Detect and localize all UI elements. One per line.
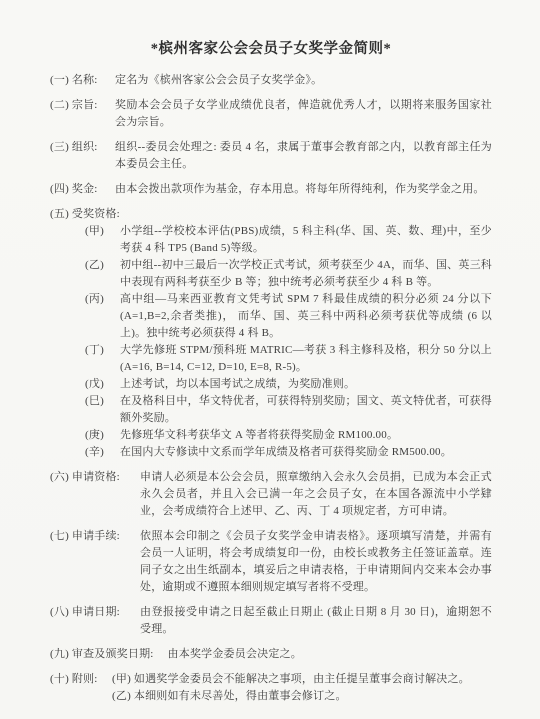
eligibility-item-g-content: 先修班华文科考获华文 A 等者将获得奖励金 RM100.00。 [120, 427, 492, 444]
section-organization-label: (三) 组织: [50, 139, 115, 156]
section-application-qualification-content: 申请人必须是本公会会员，照章缴纳入会永久会员捐，已成为本会正式永久会员者，并且入… [140, 469, 492, 520]
section-application-procedure: (七) 申请手续: 依照本会印制之《会员子女奖学金申请表格》。逐项填写清楚，并需… [50, 528, 492, 596]
section-appendix-content: (甲) 如遇奖学金委员会不能解决之事项，由主任提呈董事会商讨解决之。 (乙) 本… [112, 671, 492, 705]
eligibility-item-e-label: (戊) [85, 376, 120, 393]
eligibility-item-c: (丙) 高中组—马来西亚教育文凭考试 SPM 7 科最佳成绩的积分必须 24 分… [85, 291, 492, 342]
eligibility-item-f-content: 在及格科目中，华文特优者，可获得特别奖励；国文、英文特优者，可获得额外奖励。 [120, 393, 492, 427]
section-application-date-content: 由登报接受申请之日起至截止日期止 (截止日期 8 月 30 日)，逾期恕不受理。 [140, 604, 492, 638]
section-name: (一) 名称: 定名为《槟州客家公会会员子女奖学金》。 [50, 72, 492, 89]
eligibility-item-c-content: 高中组—马来西亚教育文凭考试 SPM 7 科最佳成绩的积分必须 24 分以下 (… [120, 291, 492, 342]
section-application-date-label: (八) 申请日期: [50, 604, 140, 621]
eligibility-item-f-label: (巳) [85, 393, 120, 410]
section-appendix: (十) 附则: (甲) 如遇奖学金委员会不能解决之事项，由主任提呈董事会商讨解决… [50, 671, 492, 705]
eligibility-item-f: (巳) 在及格科目中，华文特优者，可获得特别奖励；国文、英文特优者，可获得额外奖… [85, 393, 492, 427]
section-application-date: (八) 申请日期: 由登报接受申请之日起至截止日期止 (截止日期 8 月 30 … [50, 604, 492, 638]
eligibility-item-e: (戊) 上述考试，均以本国考试之成绩，为奖励准则。 [85, 376, 492, 393]
section-eligibility-items: (甲) 小学组--学校校本评估(PBS)成绩，5 科主科(华、国、英、数、理)中… [50, 223, 492, 461]
eligibility-item-d-label: (丁) [85, 342, 120, 359]
section-name-content: 定名为《槟州客家公会会员子女奖学金》。 [115, 72, 492, 89]
section-review-award-date-label: (九) 审查及颁奖日期: [50, 646, 168, 663]
section-application-qualification-label: (六) 申请资格: [50, 469, 140, 486]
section-purpose-content: 奖励本会会员子女学业成绩优良者，俾造就优秀人才，以期将来服务国家社会为宗旨。 [115, 97, 492, 131]
eligibility-item-g-label: (庚) [85, 427, 120, 444]
section-application-qualification: (六) 申请资格: 申请人必须是本公会会员，照章缴纳入会永久会员捐，已成为本会正… [50, 469, 492, 520]
eligibility-item-h-content: 在国内大专修读中文系而学年成绩及格者可获得奖励金 RM500.00。 [120, 444, 492, 461]
section-fund-label: (四) 奖金: [50, 181, 115, 198]
section-purpose: (二) 宗旨: 奖励本会会员子女学业成绩优良者，俾造就优秀人才，以期将来服务国家… [50, 97, 492, 131]
eligibility-item-h: (辛) 在国内大专修读中文系而学年成绩及格者可获得奖励金 RM500.00。 [85, 444, 492, 461]
section-organization: (三) 组织: 组织--委员会处理之: 委员 4 名，隶属于董事会教育部之内，以… [50, 139, 492, 173]
eligibility-item-a-content: 小学组--学校校本评估(PBS)成绩，5 科主科(华、国、英、数、理)中，至少考… [120, 223, 492, 257]
section-purpose-label: (二) 宗旨: [50, 97, 115, 114]
eligibility-item-a-label: (甲) [85, 223, 120, 240]
eligibility-item-a: (甲) 小学组--学校校本评估(PBS)成绩，5 科主科(华、国、英、数、理)中… [85, 223, 492, 257]
section-application-procedure-content: 依照本会印制之《会员子女奖学金申请表格》。逐项填写清楚，并需有会员一人证明，将会… [140, 528, 492, 596]
appendix-item-b: (乙) 本细则如有未尽善处，得由董事会修订之。 [112, 688, 492, 705]
section-name-label: (一) 名称: [50, 72, 115, 89]
eligibility-item-b-label: (乙) [85, 257, 120, 274]
section-fund-content: 由本会拨出款项作为基金，存本用息。将每年所得纯利，作为奖学金之用。 [115, 181, 492, 198]
document-page: *槟州客家公会会员子女奖学金简则* (一) 名称: 定名为《槟州客家公会会员子女… [0, 0, 540, 719]
appendix-item-a: (甲) 如遇奖学金委员会不能解决之事项，由主任提呈董事会商讨解决之。 [112, 671, 492, 688]
section-fund: (四) 奖金: 由本会拨出款项作为基金，存本用息。将每年所得纯利，作为奖学金之用… [50, 181, 492, 198]
eligibility-item-d: (丁) 大学先修班 STPM/预科班 MATRIC—考获 3 科主修科及格，积分… [85, 342, 492, 376]
eligibility-item-b: (乙) 初中组--初中三最后一次学校正式考试，须考获至少 4A，而华、国、英三科… [85, 257, 492, 291]
section-review-award-date: (九) 审查及颁奖日期: 由本奖学金委员会决定之。 [50, 646, 492, 663]
eligibility-item-h-label: (辛) [85, 444, 120, 461]
section-organization-content: 组织--委员会处理之: 委员 4 名，隶属于董事会教育部之内，以教育部主任为本委… [115, 139, 492, 173]
section-review-award-date-content: 由本奖学金委员会决定之。 [168, 646, 492, 663]
section-application-procedure-label: (七) 申请手续: [50, 528, 140, 545]
page-title: *槟州客家公会会员子女奖学金简则* [50, 40, 492, 58]
eligibility-item-d-content: 大学先修班 STPM/预科班 MATRIC—考获 3 科主修科及格，积分 50 … [120, 342, 492, 376]
eligibility-item-b-content: 初中组--初中三最后一次学校正式考试，须考获至少 4A，而华、国、英三科中表现有… [120, 257, 492, 291]
eligibility-item-c-label: (丙) [85, 291, 120, 308]
eligibility-item-g: (庚) 先修班华文科考获华文 A 等者将获得奖励金 RM100.00。 [85, 427, 492, 444]
section-appendix-label: (十) 附则: [50, 671, 112, 688]
eligibility-item-e-content: 上述考试，均以本国考试之成绩，为奖励准则。 [120, 376, 492, 393]
section-eligibility-label: (五) 受奖资格: [50, 206, 492, 223]
